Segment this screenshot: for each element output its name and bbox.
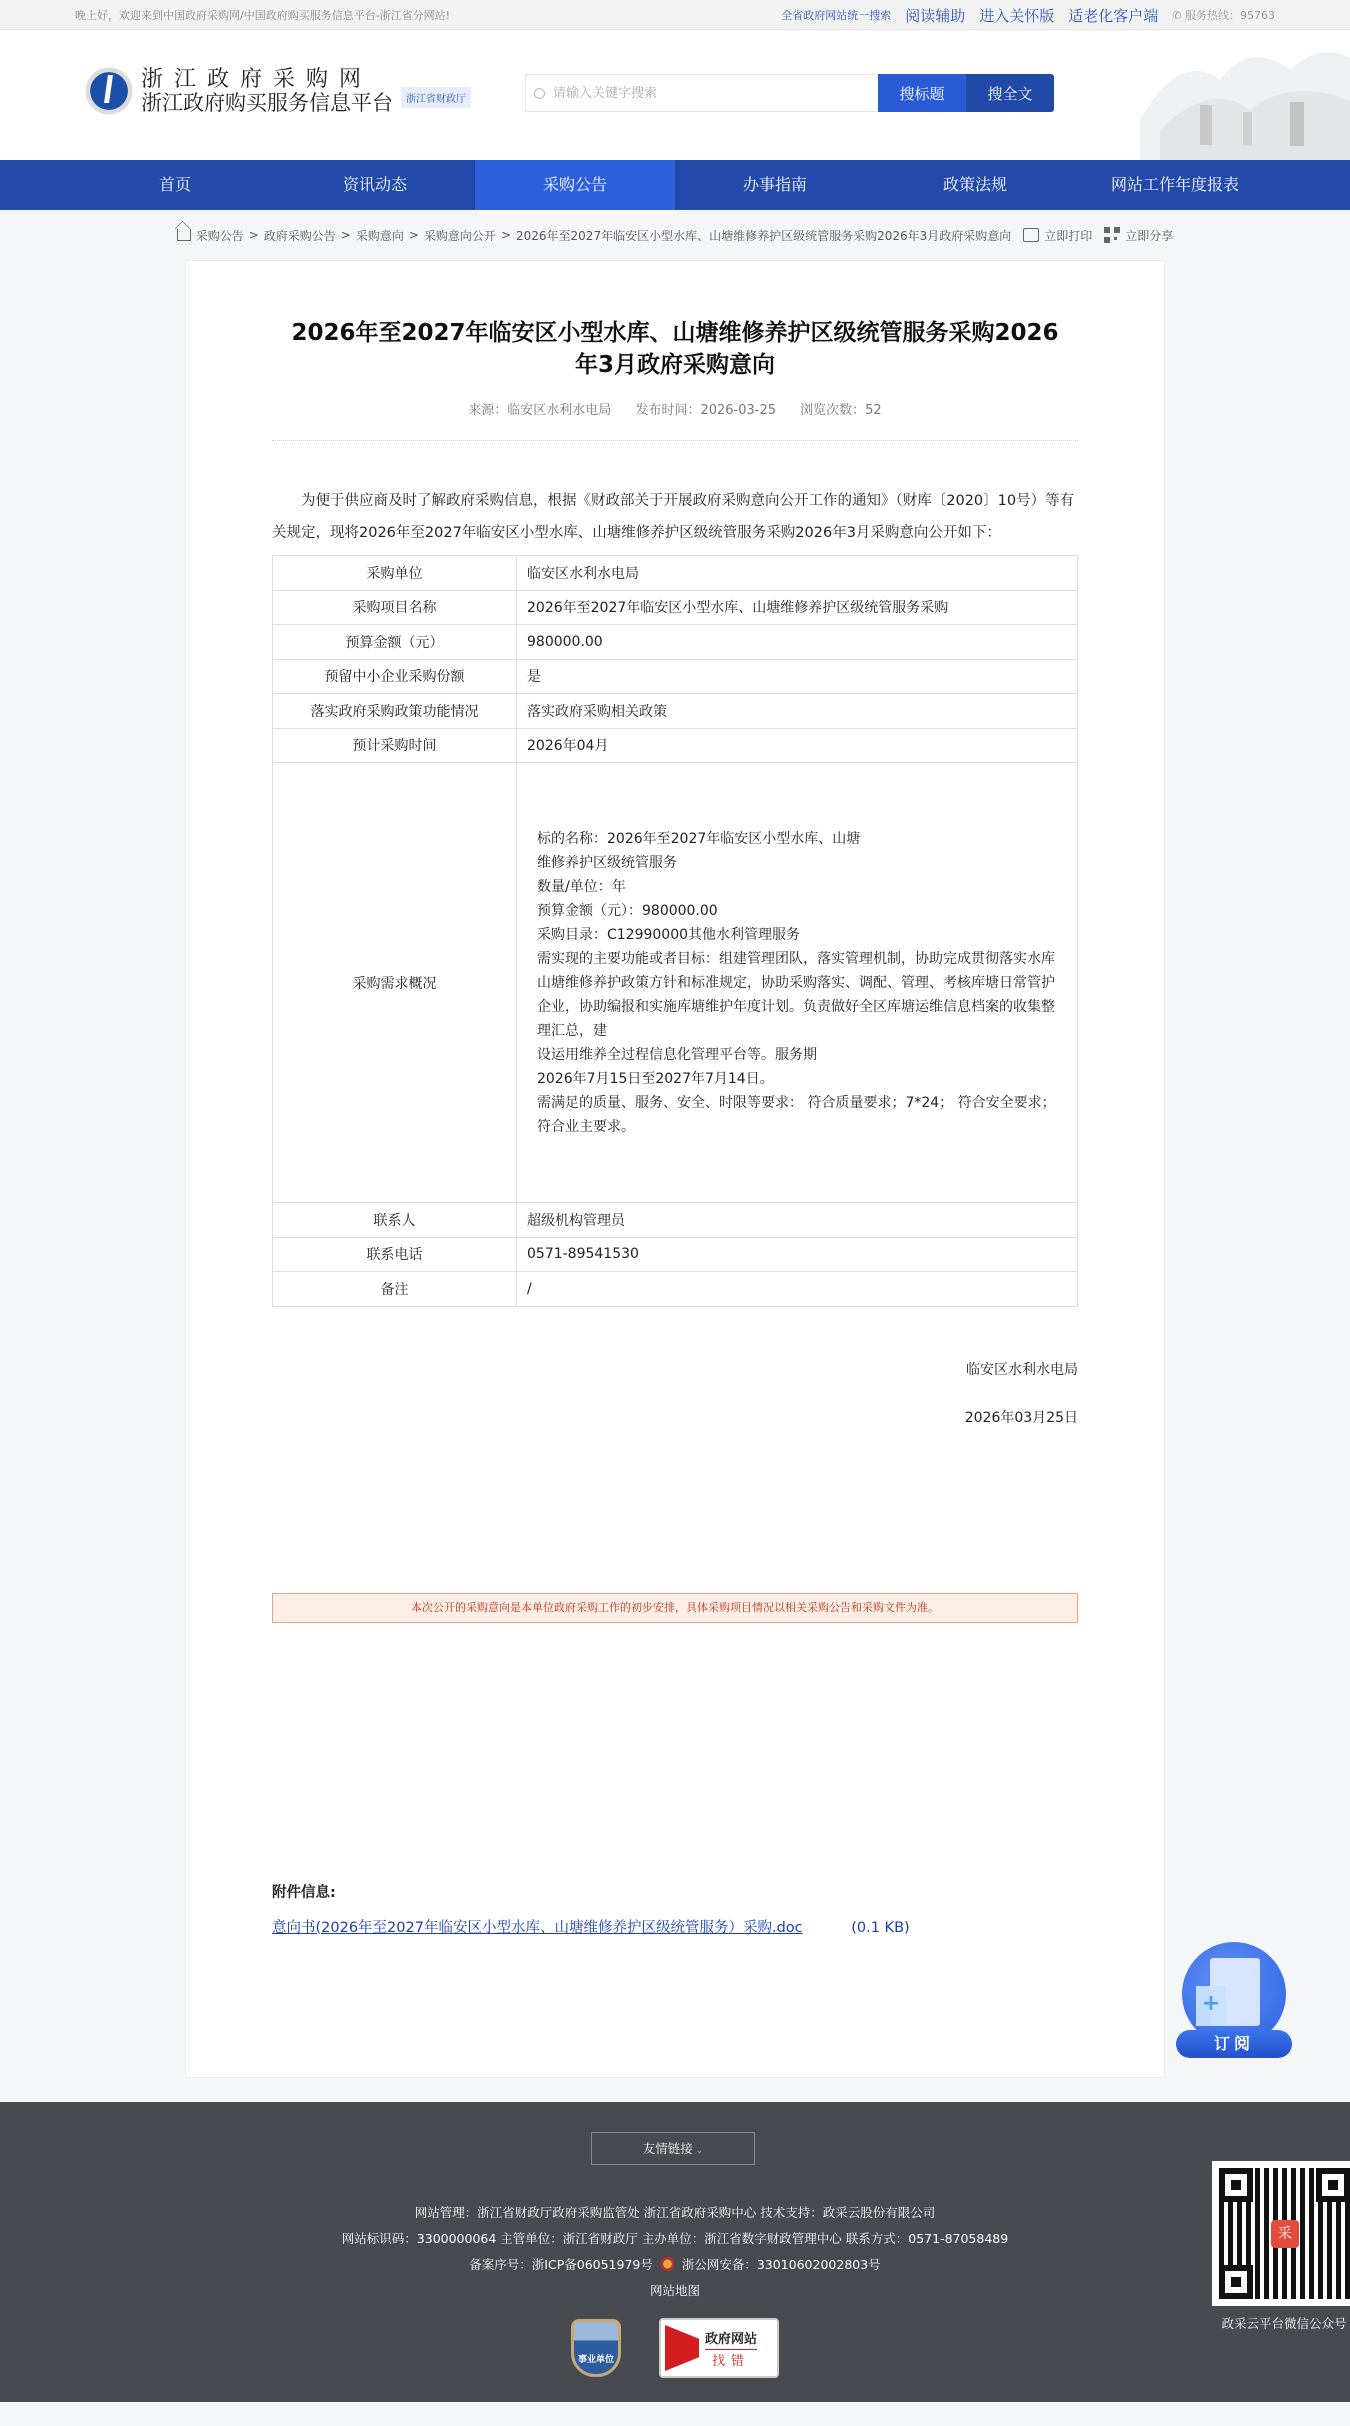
demand-line: 数量/单位：年 <box>537 875 1057 899</box>
hotline: ✆ 服务热线：95763 <box>1172 7 1275 23</box>
signature-date: 2026年03月25日 <box>272 1407 1078 1427</box>
public-institution-seal[interactable]: 事业单位 <box>571 2319 621 2377</box>
table-row: 采购单位临安区水利水电局 <box>273 556 1078 591</box>
attachment-row: 意向书(2026年至2027年临安区小型水库、山塘维修养护区级统管服务）采购.d… <box>272 1916 1078 1937</box>
row-value: 落实政府采购相关政策 <box>517 694 1078 729</box>
welcome-text: 晚上好，欢迎来到中国政府采购网/中国政府购买服务信息平台-浙江省分网站! <box>75 7 450 23</box>
share-label: 立即分享 <box>1125 227 1173 244</box>
table-row: 采购项目名称2026年至2027年临安区小型水库、山塘维修养护区级统管服务采购 <box>273 590 1078 625</box>
breadcrumb-item[interactable]: 采购公告 <box>196 227 244 244</box>
print-label: 立即打印 <box>1044 227 1092 244</box>
province-search-link[interactable]: 全省政府网站统一搜索 <box>781 7 891 23</box>
demand-line: 设运用维养全过程信息化管理平台等。服务期 <box>537 1043 1057 1067</box>
search-fulltext-button[interactable]: 搜全文 <box>966 74 1054 112</box>
demand-line: 2026年7月15日至2027年7月14日。 <box>537 1067 1057 1091</box>
demand-line: 预算金额（元）：980000.00 <box>537 899 1057 923</box>
article-views: 浏览次数：52 <box>800 403 882 418</box>
gov-site-error-report[interactable]: 政府网站 找错 <box>659 2318 779 2378</box>
qr-logo: 采 <box>1271 2220 1299 2248</box>
article-meta: 来源：临安区水利水电局 发布时间：2026-03-25 浏览次数：52 <box>272 399 1078 418</box>
row-value: 2026年04月 <box>517 728 1078 763</box>
intro-paragraph: 为便于供应商及时了解政府采购信息，根据《财政部关于开展政府采购意向公开工作的通知… <box>272 485 1078 549</box>
footer-management: 网站管理：浙江省财政厅政府采购监管处 浙江省政府采购中心 技术支持：政采云股份有… <box>75 2200 1275 2226</box>
table-row: 联系电话0571-89541530 <box>273 1237 1078 1272</box>
row-value: 是 <box>517 659 1078 694</box>
footer-info: 网站管理：浙江省财政厅政府采购监管处 浙江省政府采购中心 技术支持：政采云股份有… <box>75 2200 1275 2304</box>
top-bar: 晚上好，欢迎来到中国政府采购网/中国政府购买服务信息平台-浙江省分网站! 全省政… <box>0 0 1350 30</box>
error-report-sub: 找错 <box>705 2350 757 2369</box>
row-key: 预留中小企业采购份额 <box>273 659 517 694</box>
attachment-heading: 附件信息: <box>272 1881 1078 1902</box>
article-card: 2026年至2027年临安区小型水库、山塘维修养护区级统管服务采购2026年3月… <box>185 260 1165 2078</box>
row-value: 临安区水利水电局 <box>517 556 1078 591</box>
scenery-decoration <box>1140 30 1350 160</box>
printer-icon <box>1023 228 1039 242</box>
row-key: 采购需求概况 <box>273 763 517 1203</box>
dept-badge: 浙江省财政厅 <box>401 87 471 108</box>
disclaimer-notice: 本次公开的采购意向是本单位政府采购工作的初步安排，具体采购项目情况以相关采购公告… <box>272 1593 1078 1623</box>
nav-news[interactable]: 资讯动态 <box>275 160 475 210</box>
article-source: 来源：临安区水利水电局 <box>468 403 611 418</box>
row-key: 预算金额（元） <box>273 625 517 660</box>
attachment-size: (0.1 KB) <box>851 1920 909 1936</box>
row-key: 备注 <box>273 1272 517 1307</box>
row-value: 2026年至2027年临安区小型水库、山塘维修养护区级统管服务采购 <box>517 590 1078 625</box>
footer-seals: 事业单位 政府网站 找错 <box>75 2318 1275 2378</box>
logo-line1: 浙江政府采购网 <box>141 68 393 91</box>
subscribe-button[interactable]: 订阅 <box>1176 2030 1292 2058</box>
qrcode-caption: 政采云平台微信公众号 <box>1199 2314 1350 2332</box>
breadcrumb-item[interactable]: 政府采购公告 <box>264 227 336 244</box>
share-button[interactable]: 立即分享 <box>1104 227 1173 244</box>
table-row: 联系人超级机构管理员 <box>273 1203 1078 1238</box>
signature-org: 临安区水利水电局 <box>272 1359 1078 1379</box>
table-row: 预计采购时间2026年04月 <box>273 728 1078 763</box>
article-date: 发布时间：2026-03-25 <box>635 403 776 418</box>
table-row: 预算金额（元）980000.00 <box>273 625 1078 660</box>
row-value: 0571-89541530 <box>517 1237 1078 1272</box>
demand-line: 采购目录：C12990000其他水利管理服务 <box>537 923 1057 947</box>
plus-icon: + <box>1196 1986 1226 2026</box>
search-bar: 搜标题 搜全文 <box>525 74 1054 112</box>
nav-home[interactable]: 首页 <box>75 160 275 210</box>
nav-annual-report[interactable]: 网站工作年度报表 <box>1075 160 1275 210</box>
search-title-button[interactable]: 搜标题 <box>878 74 966 112</box>
breadcrumb: 采购公告> 政府采购公告> 采购意向> 采购意向公开> 2026年至2027年临… <box>75 210 1275 260</box>
error-report-title: 政府网站 <box>705 2328 757 2350</box>
row-key: 预计采购时间 <box>273 728 517 763</box>
demand-line: 需满足的质量、服务、安全、时限等要求： 符合质量要求；7*24； 符合安全要求；… <box>537 1091 1057 1139</box>
row-value: 980000.00 <box>517 625 1078 660</box>
hotline-text: 服务热线：95763 <box>1185 9 1275 22</box>
friend-links-dropdown[interactable]: 友情链接⌄ <box>591 2132 755 2165</box>
footer-icp-row: 备案序号：浙ICP备06051979号 浙公网安备：33010602002803… <box>75 2252 1275 2278</box>
demand-line: 维修养护区级统管服务 <box>537 851 1057 875</box>
main-nav: 首页 资讯动态 采购公告 办事指南 政策法规 网站工作年度报表 <box>0 160 1350 210</box>
icp-link[interactable]: 备案序号：浙ICP备06051979号 <box>469 2257 653 2272</box>
police-badge-icon <box>661 2257 674 2271</box>
care-version-link[interactable]: 进入关怀版 <box>979 5 1054 26</box>
reading-aid-link[interactable]: 阅读辅助 <box>905 5 965 26</box>
footer: 友情链接⌄ 网站管理：浙江省财政厅政府采购监管处 浙江省政府采购中心 技术支持：… <box>0 2102 1350 2402</box>
subscribe-widget[interactable]: + 订阅 <box>1176 1942 1294 2060</box>
attachment-link[interactable]: 意向书(2026年至2027年临安区小型水库、山塘维修养护区级统管服务）采购.d… <box>272 1920 803 1936</box>
footer-site-id: 网站标识码：3300000064 主管单位：浙江省财政厅 主办单位：浙江省数字财… <box>75 2226 1275 2252</box>
article-title: 2026年至2027年临安区小型水库、山塘维修养护区级统管服务采购2026年3月… <box>272 317 1078 381</box>
search-icon <box>534 88 545 99</box>
chevron-down-icon: ⌄ <box>696 2146 704 2156</box>
top-links: 全省政府网站统一搜索 阅读辅助 进入关怀版 适老化客户端 ✆ 服务热线：9576… <box>781 5 1275 26</box>
breadcrumb-item[interactable]: 采购意向公开 <box>424 227 496 244</box>
nav-policy[interactable]: 政策法规 <box>875 160 1075 210</box>
row-value: 超级机构管理员 <box>517 1203 1078 1238</box>
row-key: 落实政府采购政策功能情况 <box>273 694 517 729</box>
table-row: 备注/ <box>273 1272 1078 1307</box>
intent-table: 采购单位临安区水利水电局 采购项目名称2026年至2027年临安区小型水库、山塘… <box>272 555 1078 1307</box>
row-key: 采购项目名称 <box>273 590 517 625</box>
demand-detail: 标的名称：2026年至2027年临安区小型水库、山塘 维修养护区级统管服务 数量… <box>517 763 1078 1203</box>
friend-links-label: 友情链接 <box>643 2141 693 2156</box>
row-key: 联系人 <box>273 1203 517 1238</box>
site-logo[interactable]: 浙江政府采购网 浙江政府购买服务信息平台 浙江省财政厅 <box>85 67 471 115</box>
qrcode-icon: 采 <box>1219 2168 1350 2299</box>
header: 浙江政府采购网 浙江政府购买服务信息平台 浙江省财政厅 搜标题 搜全文 <box>0 30 1350 160</box>
breadcrumb-current: 2026年至2027年临安区小型水库、山塘维修养护区级统管服务采购2026年3月… <box>516 227 1011 244</box>
demand-line: 标的名称：2026年至2027年临安区小型水库、山塘 <box>537 827 1057 851</box>
police-record-link[interactable]: 浙公网安备：33010602002803号 <box>682 2257 881 2272</box>
table-row-demand: 采购需求概况 标的名称：2026年至2027年临安区小型水库、山塘 维修养护区级… <box>273 763 1078 1203</box>
table-row: 预留中小企业采购份额是 <box>273 659 1078 694</box>
row-key: 联系电话 <box>273 1237 517 1272</box>
elderly-client-link[interactable]: 适老化客户端 <box>1068 5 1158 26</box>
logo-line2: 浙江政府购买服务信息平台 <box>141 92 393 114</box>
print-button[interactable]: 立即打印 <box>1023 227 1092 244</box>
qrcode-icon <box>1104 227 1120 243</box>
nav-guide[interactable]: 办事指南 <box>675 160 875 210</box>
phone-icon: ✆ <box>1172 9 1185 22</box>
demand-line: 需实现的主要功能或者目标：组建管理团队，落实管理机制，协助完成贯彻落实水库山塘维… <box>537 947 1057 1043</box>
divider <box>272 440 1078 441</box>
emblem-icon <box>85 67 133 115</box>
row-value: / <box>517 1272 1078 1307</box>
magnifier-icon <box>665 2325 699 2371</box>
breadcrumb-item[interactable]: 采购意向 <box>356 227 404 244</box>
sitemap-link[interactable]: 网站地图 <box>650 2283 700 2298</box>
search-input[interactable] <box>553 86 853 101</box>
table-row: 落实政府采购政策功能情况落实政府采购相关政策 <box>273 694 1078 729</box>
row-key: 采购单位 <box>273 556 517 591</box>
home-icon[interactable] <box>177 229 191 241</box>
nav-procurement-notice[interactable]: 采购公告 <box>475 160 675 210</box>
wechat-qrcode: 采 <box>1212 2161 1350 2306</box>
